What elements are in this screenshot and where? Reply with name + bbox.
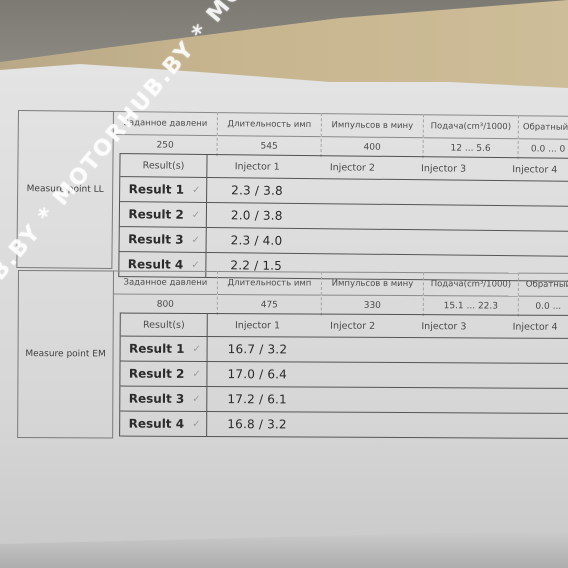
check-icon: ✓ xyxy=(192,184,201,195)
header-injector-4: Injector 4 xyxy=(512,164,557,175)
parameter-row: Заданное давлени 800 Длительность имп 47… xyxy=(114,271,568,317)
results-table: Result(s) Injector 1 Injector 2 Injector… xyxy=(119,313,568,439)
param-pulses-per-min: Импульсов в мину 400 xyxy=(322,113,424,158)
param-pulse-duration: Длительность имп 545 xyxy=(218,112,322,157)
table-row: Result 1✓ 16.7 / 3.2 xyxy=(121,337,568,364)
param-pulse-duration: Длительность имп 475 xyxy=(218,271,322,316)
param-delivery: Подача(cm³/1000) 12 ... 5.6 xyxy=(424,114,519,159)
header-injector-1: Injector 1 xyxy=(235,161,280,172)
table-row: Result 3✓ 17.2 / 6.1 xyxy=(120,387,568,414)
results-header: Result(s) Injector 1 Injector 2 Injector… xyxy=(121,314,568,339)
measure-point-label: Measure point EM xyxy=(17,270,114,439)
header-results: Result(s) xyxy=(143,319,185,330)
header-injector-2: Injector 2 xyxy=(330,162,375,173)
header-injector-3: Injector 3 xyxy=(421,163,466,174)
param-pressure: Заданное давлени 800 xyxy=(114,271,218,316)
check-icon: ✓ xyxy=(191,259,200,270)
check-icon: ✓ xyxy=(192,343,200,354)
header-injector-4: Injector 4 xyxy=(513,321,558,332)
check-icon: ✓ xyxy=(191,234,200,245)
check-icon: ✓ xyxy=(192,418,200,429)
parameter-row: Заданное давлени 250 Длительность имп 54… xyxy=(114,111,568,160)
header-injector-2: Injector 2 xyxy=(330,320,375,331)
header-results: Result(s) xyxy=(143,160,185,171)
param-delivery: Подача(cm³/1000) 15.1 ... 22.3 xyxy=(424,272,519,316)
param-return: Обратный сл 0.0 ... 0 xyxy=(519,115,568,160)
param-return: Обратный 0.0 ... xyxy=(519,273,568,317)
param-pulses-per-min: Импульсов в мину 330 xyxy=(322,272,424,317)
check-icon: ✓ xyxy=(192,368,200,379)
header-injector-3: Injector 3 xyxy=(421,321,466,332)
check-icon: ✓ xyxy=(192,209,201,220)
header-injector-1: Injector 1 xyxy=(235,320,280,331)
check-icon: ✓ xyxy=(192,393,200,404)
results-table: Result(s) Injector 1 Injector 2 Injector… xyxy=(118,153,568,282)
table-row: Result 2✓ 17.0 / 6.4 xyxy=(120,362,568,389)
table-row: Result 4✓ 16.8 / 3.2 xyxy=(120,412,568,439)
